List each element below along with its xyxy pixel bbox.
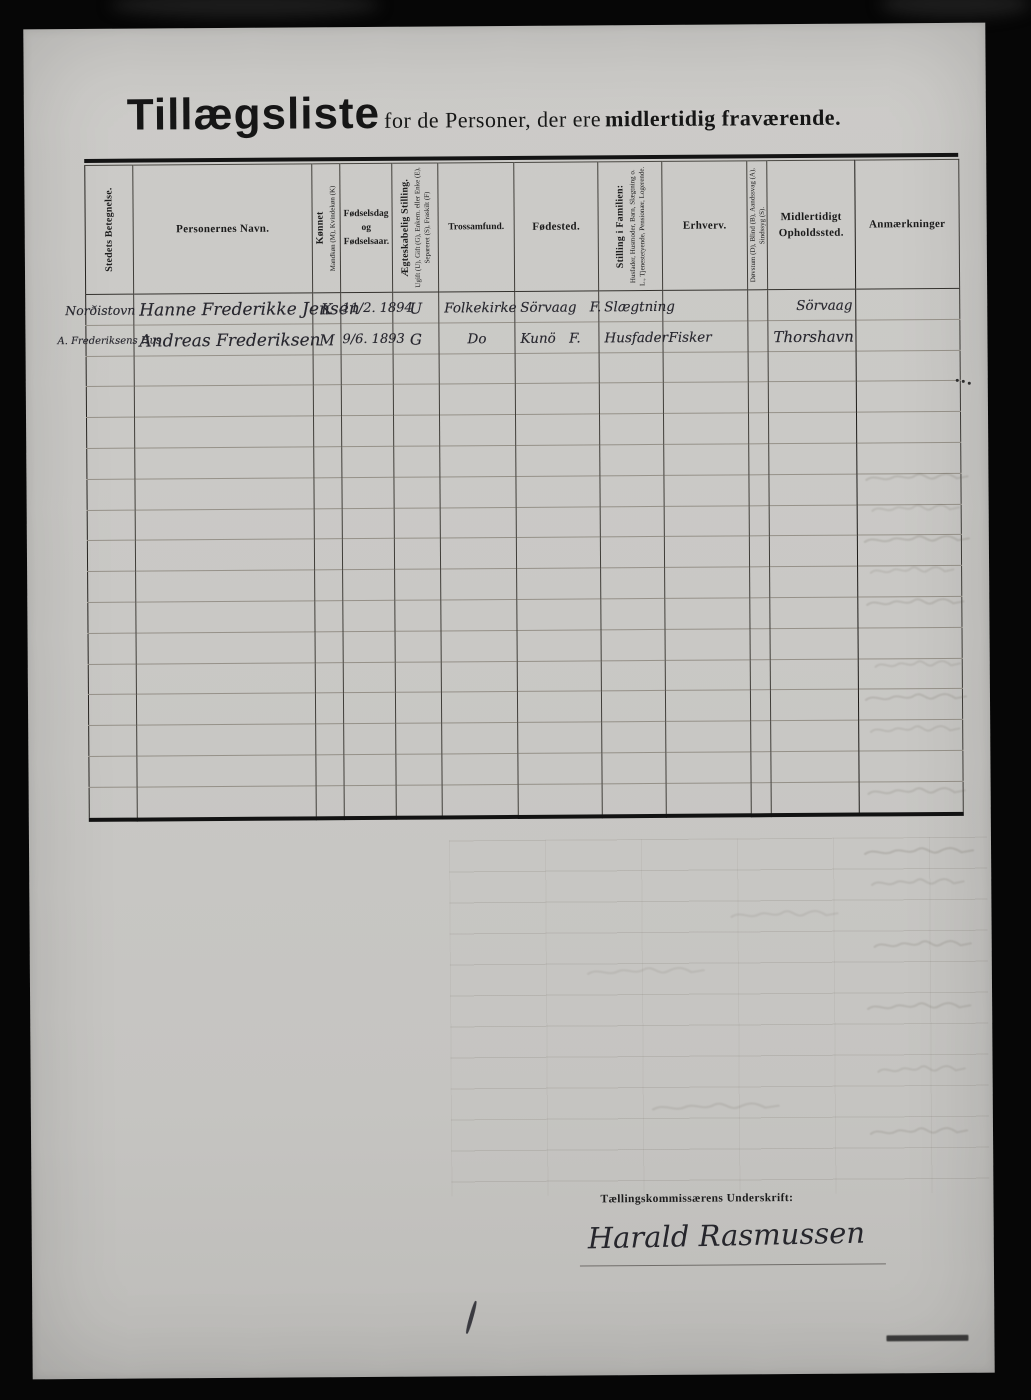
empty-cell	[314, 477, 342, 508]
empty-cell	[342, 477, 394, 508]
empty-cell	[395, 692, 441, 723]
empty-cell	[134, 354, 313, 386]
signature-line	[580, 1263, 886, 1266]
empty-cell	[440, 476, 516, 507]
col-label: Erhverv.	[663, 217, 747, 234]
empty-cell	[857, 473, 961, 505]
empty-cell	[315, 693, 343, 724]
handwritten-value: K	[321, 295, 332, 323]
empty-cell	[394, 477, 440, 508]
empty-cell	[857, 504, 961, 536]
scanned-census-page: Tillægsliste for de Personer, der ere mi…	[23, 23, 994, 1380]
col-header-personernes-navn: Personernes Navn.	[133, 164, 313, 294]
empty-cell	[313, 354, 341, 385]
empty-cell	[663, 351, 748, 382]
empty-cell	[137, 786, 316, 820]
empty-cell	[87, 510, 135, 541]
empty-cell	[517, 691, 601, 722]
col-header-erhverv: Erhverv.	[662, 161, 748, 291]
empty-cell	[316, 785, 344, 817]
empty-cell	[770, 597, 858, 628]
col-header-trossamfund: Trossamfund.	[438, 162, 515, 292]
bleedthrough-mark	[866, 1000, 972, 1014]
empty-cell	[395, 569, 441, 600]
cell-anm	[856, 319, 960, 351]
empty-cell	[858, 658, 962, 690]
table-body: Norðistovn Hanne Frederikke Jensen K 11/…	[86, 288, 964, 819]
empty-cell	[856, 412, 960, 444]
empty-cell	[393, 384, 439, 415]
empty-cell	[87, 540, 135, 571]
empty-cell	[86, 386, 134, 417]
empty-cell	[856, 350, 960, 382]
empty-cell	[136, 662, 315, 694]
empty-cell	[89, 725, 137, 756]
empty-cell	[136, 601, 315, 633]
empty-cell	[395, 631, 441, 662]
empty-cell	[135, 416, 314, 448]
cell-sted: A. Frederiksens Hus	[86, 325, 134, 356]
empty-cell	[601, 598, 665, 629]
col-label: Midlertidigt Opholdssted.	[768, 208, 855, 242]
empty-cell	[665, 598, 750, 629]
empty-cell	[394, 508, 440, 539]
empty-cell	[441, 661, 517, 692]
empty-cell	[748, 351, 768, 382]
empty-cell	[315, 631, 343, 662]
col-header-dovstum-blind: Døvstum (D), Blind (B), Aandssvag (A), S…	[747, 161, 768, 290]
cell-dovstum	[748, 290, 768, 321]
col-label: Døvstum (D), Blind (B), Aandssvag (A), S…	[747, 164, 769, 286]
bleedthrough-mark	[651, 1100, 781, 1114]
empty-cell	[517, 660, 601, 691]
empty-cell	[440, 445, 516, 476]
empty-cell	[88, 602, 136, 633]
empty-cell	[664, 505, 749, 536]
empty-cell	[135, 478, 314, 510]
handwritten-value: Folkekirke	[439, 294, 517, 323]
empty-cell	[750, 628, 770, 659]
empty-cell	[602, 783, 666, 816]
page-title: Tillægsliste for de Personer, der ere mi…	[24, 85, 944, 141]
empty-cell	[341, 354, 393, 385]
empty-cell	[88, 694, 136, 725]
empty-cell	[666, 752, 751, 783]
census-table: Stedets Betegnelse. Personernes Navn. Kø…	[84, 153, 963, 822]
empty-cell	[440, 538, 516, 569]
empty-cell	[665, 690, 750, 721]
empty-cell	[518, 753, 602, 784]
empty-cell	[343, 662, 395, 693]
empty-cell	[515, 352, 599, 383]
cell-fodested: Kunö F.	[515, 322, 599, 353]
empty-cell	[665, 629, 750, 660]
bleedthrough-mark	[873, 938, 973, 952]
empty-cell	[771, 751, 859, 782]
ink-dots-mark	[956, 379, 959, 382]
empty-cell	[137, 755, 316, 787]
empty-cell	[517, 630, 601, 661]
col-sublabel: Mandkøn (M), Kvindekøn (K)	[328, 167, 340, 289]
col-label: Stilling i Familien:	[612, 165, 628, 287]
empty-cell	[343, 693, 395, 724]
col-header-midlertidigt-opholdssted: Midlertidigt Opholdssted.	[767, 160, 856, 290]
empty-cell	[342, 508, 394, 539]
empty-cell	[314, 539, 342, 570]
empty-cell	[600, 537, 664, 568]
empty-cell	[344, 785, 396, 818]
empty-cell	[751, 752, 771, 783]
col-label: Fødselsdag og Fødselsaar.	[341, 206, 392, 249]
title-main: Tillægsliste	[127, 89, 381, 140]
title-subtitle: for de Personer, der ere	[384, 106, 601, 133]
bleedthrough-mark	[870, 876, 965, 890]
empty-cell	[441, 599, 517, 630]
empty-cell	[601, 691, 665, 722]
empty-cell	[750, 598, 770, 629]
empty-cell	[344, 754, 396, 785]
empty-cell	[88, 664, 136, 695]
empty-cell	[517, 568, 601, 599]
empty-cell	[137, 724, 316, 756]
empty-cell	[771, 782, 859, 815]
empty-cell	[859, 781, 963, 814]
empty-cell	[856, 381, 960, 413]
col-label: Anmærkninger	[856, 216, 959, 233]
empty-cell	[394, 446, 440, 477]
empty-cell	[440, 507, 516, 538]
empty-cell	[749, 505, 769, 536]
col-header-stilling-i-familien: Stilling i Familien: Husfader, Husmoder,…	[598, 161, 663, 290]
col-sublabel: Husfader, Husmoder, Barn, Slægtning o. L…	[627, 165, 649, 287]
handwritten-value: Andreas Frederiksen	[134, 326, 320, 355]
scan-edge-smudge	[880, 0, 1030, 18]
empty-cell	[600, 506, 664, 537]
empty-cell	[314, 508, 342, 539]
empty-cell	[516, 476, 600, 507]
empty-cell	[769, 474, 857, 505]
empty-cell	[769, 505, 857, 536]
empty-cell	[602, 752, 666, 783]
cell-anm	[856, 288, 960, 320]
empty-cell	[394, 538, 440, 569]
table-row-empty	[89, 781, 963, 819]
empty-cell	[601, 629, 665, 660]
bleedthrough-mark	[877, 1063, 967, 1077]
empty-cell	[857, 442, 961, 474]
empty-cell	[87, 417, 135, 448]
empty-cell	[749, 444, 769, 475]
empty-cell	[342, 539, 394, 570]
cell-ophold: Thorshavn	[768, 320, 856, 351]
col-header-fodselsdag: Fødselsdag og Fødselsaar.	[340, 163, 393, 292]
empty-cell	[749, 474, 769, 505]
handwritten-value: Do	[467, 325, 486, 353]
empty-cell	[516, 414, 600, 445]
empty-cell	[664, 444, 749, 475]
handwritten-value: Husfader	[599, 323, 668, 351]
handwritten-value: 9/6. 1893	[341, 325, 404, 353]
empty-cell	[396, 785, 442, 818]
signature-label: Tællingskommissærens Underskrift:	[600, 1192, 793, 1205]
empty-cell	[136, 693, 315, 725]
empty-cell	[315, 570, 343, 601]
col-label: Personernes Navn.	[134, 220, 312, 238]
empty-cell	[665, 567, 750, 598]
empty-cell	[859, 719, 963, 751]
empty-cell	[342, 415, 394, 446]
empty-cell	[768, 351, 856, 382]
empty-cell	[441, 692, 517, 723]
empty-cell	[442, 784, 518, 817]
empty-cell	[343, 600, 395, 631]
empty-cell	[858, 596, 962, 628]
col-header-stedets-betegnelse: Stedets Betegnelse.	[85, 165, 134, 294]
handwritten-value: G	[410, 325, 422, 353]
empty-cell	[517, 599, 601, 630]
bleedthrough-mark	[729, 908, 839, 922]
empty-cell	[666, 721, 751, 752]
signature-handwritten: Harald Rasmussen	[587, 1216, 865, 1256]
scan-edge-smudge	[110, 0, 380, 18]
empty-cell	[396, 754, 442, 785]
empty-cell	[394, 415, 440, 446]
handwritten-value: Sörvaag	[768, 291, 852, 320]
empty-cell	[770, 689, 858, 720]
empty-cell	[135, 447, 314, 479]
empty-cell	[395, 662, 441, 693]
empty-cell	[599, 352, 663, 383]
bleedthrough-mark	[586, 965, 706, 979]
empty-cell	[600, 444, 664, 475]
empty-cell	[599, 414, 663, 445]
empty-cell	[518, 722, 602, 753]
cell-trossamfund: Do	[439, 322, 515, 353]
pen-stroke-mark	[465, 1300, 478, 1334]
cell-navn: Hanne Frederikke Jensen	[134, 293, 313, 325]
empty-cell	[516, 506, 600, 537]
empty-cell	[344, 723, 396, 754]
empty-cell	[748, 413, 768, 444]
empty-cell	[666, 783, 751, 816]
empty-cell	[770, 566, 858, 597]
empty-cell	[518, 784, 602, 817]
empty-cell	[515, 383, 599, 414]
empty-cell	[516, 445, 600, 476]
empty-cell	[771, 720, 859, 751]
empty-cell	[769, 443, 857, 474]
empty-cell	[442, 723, 518, 754]
empty-cell	[88, 633, 136, 664]
printer-imprint	[886, 1335, 968, 1342]
bleedthrough-mark	[863, 845, 975, 859]
empty-cell	[857, 535, 961, 567]
empty-cell	[441, 569, 517, 600]
col-header-fodested: Fødested.	[514, 162, 599, 292]
empty-cell	[134, 385, 313, 417]
empty-cell	[316, 755, 344, 786]
col-sublabel: Ugift (U), Gift (G), Enkem. eller Enke (…	[412, 167, 434, 289]
empty-cell	[663, 382, 748, 413]
handwritten-value: 11/2. 1894	[341, 294, 413, 322]
empty-cell	[770, 659, 858, 690]
empty-cell	[769, 535, 857, 566]
empty-cell	[663, 413, 748, 444]
cell-erhverv	[663, 290, 748, 321]
empty-cell	[86, 356, 134, 387]
col-label: Trossamfund.	[439, 220, 514, 235]
empty-cell	[87, 479, 135, 510]
cell-fodsel: 9/6. 1893	[341, 323, 393, 354]
empty-cell	[858, 627, 962, 659]
cell-dovstum	[748, 320, 768, 351]
col-label: Fødested.	[515, 218, 598, 235]
cell-trossamfund: Folkekirke	[439, 291, 515, 322]
handwritten-value: Thorshavn	[768, 322, 854, 351]
empty-cell	[439, 353, 515, 384]
empty-cell	[87, 448, 135, 479]
empty-cell	[393, 354, 439, 385]
empty-cell	[89, 787, 137, 820]
cell-sted: Norðistovn	[86, 294, 134, 325]
empty-cell	[342, 446, 394, 477]
empty-cell	[313, 385, 341, 416]
empty-cell	[315, 662, 343, 693]
cell-stilling: Husfader	[599, 321, 663, 352]
empty-cell	[441, 630, 517, 661]
title-subtitle-bold: midlertidig fraværende.	[605, 105, 841, 132]
bleedthrough-grid	[449, 837, 989, 1197]
handwritten-value: U	[409, 294, 422, 322]
cell-stilling: Slægtning	[599, 290, 663, 321]
cell-fodsel: 11/2. 1894	[341, 292, 393, 323]
empty-cell	[768, 381, 856, 412]
handwritten-value: Kunö F.	[515, 324, 580, 352]
handwritten-value: Fisker	[663, 323, 711, 351]
empty-cell	[750, 690, 770, 721]
cell-ophold: Sörvaag	[768, 289, 856, 320]
empty-cell	[88, 571, 136, 602]
empty-cell	[599, 383, 663, 414]
empty-cell	[602, 722, 666, 753]
empty-cell	[750, 659, 770, 690]
empty-cell	[768, 412, 856, 443]
empty-cell	[750, 567, 770, 598]
bleedthrough-mark	[869, 1125, 969, 1139]
empty-cell	[136, 570, 315, 602]
empty-cell	[601, 660, 665, 691]
empty-cell	[135, 508, 314, 540]
col-label: Kønnet	[313, 167, 329, 289]
empty-cell	[341, 385, 393, 416]
empty-cell	[314, 416, 342, 447]
empty-cell	[343, 631, 395, 662]
col-header-konnet: Kønnet Mandkøn (M), Kvindekøn (K)	[312, 164, 341, 293]
empty-cell	[314, 447, 342, 478]
empty-cell	[316, 724, 344, 755]
col-label: Ægteskabelig Stilling.	[397, 167, 413, 289]
empty-cell	[859, 750, 963, 782]
handwritten-value: M	[319, 326, 335, 354]
empty-cell	[601, 568, 665, 599]
empty-cell	[516, 537, 600, 568]
empty-cell	[600, 475, 664, 506]
empty-cell	[315, 601, 343, 632]
col-label: Stedets Betegnelse.	[101, 169, 117, 291]
empty-cell	[396, 723, 442, 754]
cell-erhverv: Fisker	[663, 321, 748, 352]
cell-fodested: Sörvaag F.	[515, 291, 599, 322]
handwritten-value: Norðistovn	[60, 296, 135, 325]
empty-cell	[751, 782, 771, 814]
header-row: Stedets Betegnelse. Personernes Navn. Kø…	[85, 159, 960, 294]
empty-cell	[751, 721, 771, 752]
col-header-anmaerkninger: Anmærkninger	[855, 159, 960, 289]
empty-cell	[440, 415, 516, 446]
empty-cell	[858, 566, 962, 598]
empty-cell	[442, 753, 518, 784]
empty-cell	[664, 475, 749, 506]
empty-cell	[439, 384, 515, 415]
empty-cell	[858, 689, 962, 721]
empty-cell	[89, 756, 137, 787]
handwritten-value: Sörvaag F.	[515, 293, 601, 322]
empty-cell	[135, 539, 314, 571]
empty-cell	[343, 569, 395, 600]
empty-cell	[770, 628, 858, 659]
empty-cell	[749, 536, 769, 567]
empty-cell	[665, 659, 750, 690]
empty-cell	[664, 536, 749, 567]
cell-navn: Andreas Frederiksen	[134, 324, 313, 356]
empty-cell	[395, 600, 441, 631]
empty-cell	[748, 382, 768, 413]
col-header-aegteskabelig-stilling: Ægteskabelig Stilling. Ugift (U), Gift (…	[392, 163, 439, 292]
empty-cell	[136, 632, 315, 664]
